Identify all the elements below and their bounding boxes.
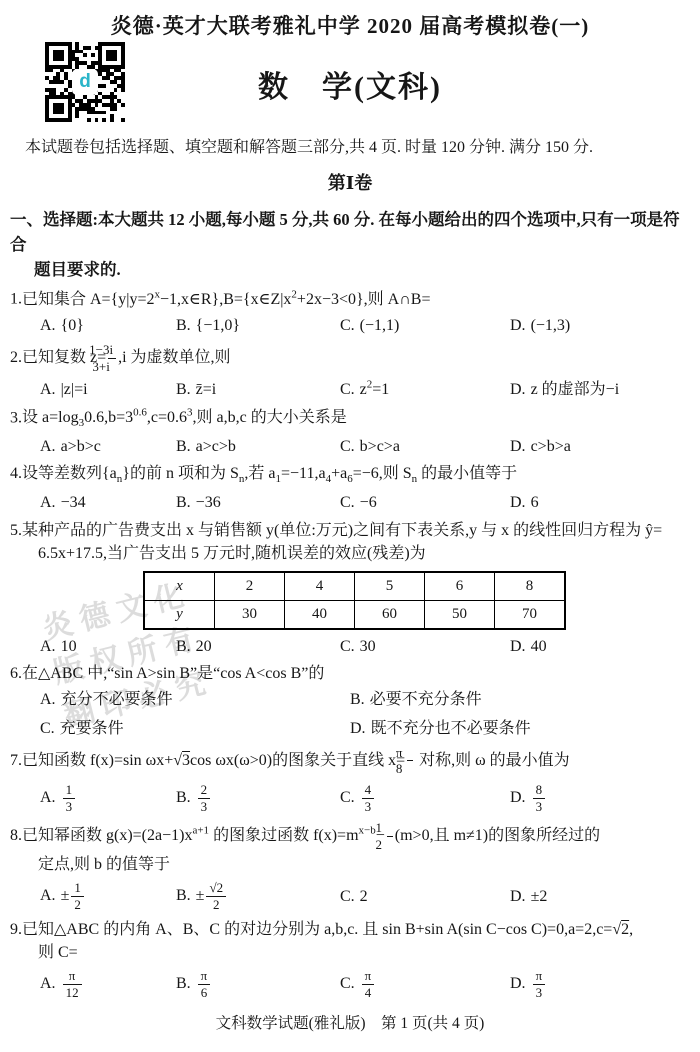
- option-label: B.: [176, 789, 191, 806]
- option: A.π12: [40, 967, 176, 1001]
- options-row: A.13B.23C.43D.83: [10, 781, 690, 815]
- option: A.−34: [40, 491, 176, 514]
- option-label: A.: [40, 975, 56, 992]
- option: B.a>c>b: [176, 435, 340, 458]
- question-stem: 5.某种产品的广告费支出 x 与销售额 y(单位:万元)之间有下表关系,y 与 …: [10, 519, 690, 542]
- option-label: A.: [40, 691, 56, 708]
- option-label: C.: [340, 317, 355, 334]
- question-stem-text: 某种产品的广告费支出 x 与销售额 y(单位:万元)之间有下表关系,y 与 x …: [22, 522, 662, 539]
- option-value: 必要不充分条件: [370, 691, 482, 708]
- option-value: 2: [360, 888, 368, 905]
- option: A.a>b>c: [40, 435, 176, 458]
- option-label: C.: [340, 494, 355, 511]
- question: 2.已知复数 z=1−3i3+i,i 为虚数单位,则 A.|z|=iB.z̄=i…: [10, 341, 690, 402]
- option: B.z̄=i: [176, 378, 340, 401]
- option-label: D.: [510, 438, 526, 455]
- table-cell: 70: [495, 600, 566, 629]
- exam-intro: 本试题卷包括选择题、填空题和解答题三部分,共 4 页. 时量 120 分钟. 满…: [25, 134, 690, 157]
- sqrt-expression: √2: [612, 921, 629, 938]
- fraction: π4: [362, 968, 375, 1000]
- question-stem-text: 6.5x+17.5,当广告支出 5 万元时,随机误差的效应(残差)为: [38, 545, 426, 562]
- table-cell: 4: [285, 572, 355, 601]
- question-stem: 3.设 a=log30.6,b=30.6,c=0.63,则 a,b,c 的大小关…: [10, 406, 690, 432]
- title-area: d 数 学(文科): [10, 40, 690, 132]
- question-stem-text: 定点,则 b 的值等于: [38, 856, 170, 873]
- question: 6.在△ABC 中,“sin A>sin B”是“cos A<cos B”的 A…: [10, 662, 690, 740]
- option-label: B.: [176, 975, 191, 992]
- option-value: z2=1: [360, 381, 390, 398]
- question-stem: 7.已知函数 f(x)=sin ωx+√3cos ωx(ω>0)的图象关于直线 …: [10, 744, 690, 778]
- option-label: D.: [510, 494, 526, 511]
- fraction: 1−3i3+i: [108, 342, 116, 374]
- question: 8.已知幂函数 g(x)=(2a−1)xa+1 的图象过函数 f(x)=mx−b…: [10, 819, 690, 914]
- question-number: 5.: [10, 522, 22, 539]
- option-label: C.: [40, 720, 55, 737]
- fraction: π8: [407, 745, 413, 777]
- option-label: B.: [176, 494, 191, 511]
- option: C.充要条件: [40, 717, 350, 740]
- option-label: A.: [40, 789, 56, 806]
- option: D.83: [510, 781, 690, 815]
- question-stem-text: 已知△ABC 的内角 A、B、C 的对边分别为 a,b,c. 且 sin B+s…: [22, 921, 633, 938]
- question-stem-line2: 定点,则 b 的值等于: [10, 853, 690, 876]
- options-row: A.|z|=iB.z̄=iC.z2=1D.z 的虚部为−i: [10, 378, 690, 402]
- question: 1.已知集合 A={y|y=2x−1,x∈R},B={x∈Z|x2+2x−3<0…: [10, 287, 690, 337]
- option-label: C.: [340, 888, 355, 905]
- option-label: A.: [40, 887, 56, 904]
- question-number: 9.: [10, 921, 22, 938]
- data-table: x24568y3040605070: [143, 571, 566, 630]
- sqrt-expression: √3: [173, 752, 190, 769]
- option-label: A.: [40, 381, 56, 398]
- option: A.{0}: [40, 314, 176, 337]
- option-label: D.: [510, 638, 526, 655]
- options-row: A.−34B.−36C.−6D.6: [10, 491, 690, 514]
- option: B.±√22: [176, 879, 340, 913]
- question: 3.设 a=log30.6,b=30.6,c=0.63,则 a,b,c 的大小关…: [10, 406, 690, 459]
- option-value: 83: [531, 789, 548, 806]
- option-value: π3: [531, 975, 548, 992]
- option-label: C.: [340, 789, 355, 806]
- section-heading-line: 题目要求的.: [10, 258, 690, 283]
- option-label: A.: [40, 494, 56, 511]
- option-label: D.: [510, 975, 526, 992]
- option: A.充分不必要条件: [40, 688, 350, 711]
- table-cell: 50: [425, 600, 495, 629]
- question-number: 7.: [10, 752, 22, 769]
- option: C.π4: [340, 967, 510, 1001]
- option-label: B.: [176, 887, 191, 904]
- option-value: (−1,3): [531, 317, 571, 334]
- option-label: D.: [510, 317, 526, 334]
- question-stem-text: 已知函数 f(x)=sin ωx+√3cos ωx(ω>0)的图象关于直线 x=…: [22, 752, 570, 769]
- options-row: A.充分不必要条件B.必要不充分条件C.充要条件D.既不充分也不必要条件: [10, 688, 690, 739]
- option: D.(−1,3): [510, 314, 690, 337]
- option-value: 10: [61, 638, 77, 655]
- option: A.|z|=i: [40, 378, 176, 401]
- question-stem: 2.已知复数 z=1−3i3+i,i 为虚数单位,则: [10, 341, 690, 375]
- option-label: B.: [176, 381, 191, 398]
- option-value: π4: [360, 975, 377, 992]
- option: B.20: [176, 635, 340, 658]
- option: D.z 的虚部为−i: [510, 378, 690, 401]
- fraction: 83: [533, 782, 546, 814]
- table-cell: 2: [215, 572, 285, 601]
- question: 4.设等差数列{an}的前 n 项和为 Sn,若 a1=−11,a4+a6=−6…: [10, 462, 690, 514]
- question-number: 4.: [10, 465, 22, 482]
- options-row: A.±12B.±√22C.2D.±2: [10, 879, 690, 913]
- question-stem: 1.已知集合 A={y|y=2x−1,x∈R},B={x∈Z|x2+2x−3<0…: [10, 287, 690, 311]
- option-label: C.: [340, 381, 355, 398]
- option-value: −6: [360, 494, 377, 511]
- page-content: 炎德·英才大联考雅礼中学 2020 届高考模拟卷(一) d 数 学(文科) 本试…: [0, 0, 700, 1033]
- option-value: 40: [531, 638, 547, 655]
- question-number: 2.: [10, 349, 22, 366]
- option-value: (−1,1): [360, 317, 400, 334]
- table-cell: 40: [285, 600, 355, 629]
- subject-title: 数 学(文科): [10, 62, 690, 106]
- option-value: −34: [61, 494, 86, 511]
- question-stem: 4.设等差数列{an}的前 n 项和为 Sn,若 a1=−11,a4+a6=−6…: [10, 462, 690, 488]
- question-stem-line2: 6.5x+17.5,当广告支出 5 万元时,随机误差的效应(残差)为: [10, 542, 690, 565]
- fraction: π12: [63, 968, 82, 1000]
- fraction: 12: [71, 880, 84, 912]
- option-value: 13: [61, 789, 78, 806]
- question: 5.某种产品的广告费支出 x 与销售额 y(单位:万元)之间有下表关系,y 与 …: [10, 519, 690, 659]
- fraction: 43: [362, 782, 375, 814]
- fraction: 13: [63, 782, 76, 814]
- option-label: C.: [340, 638, 355, 655]
- option-value: 6: [531, 494, 539, 511]
- question-list: 1.已知集合 A={y|y=2x−1,x∈R},B={x∈Z|x2+2x−3<0…: [10, 287, 690, 1001]
- option: C.30: [340, 635, 510, 658]
- question-number: 8.: [10, 827, 22, 844]
- option-value: 30: [360, 638, 376, 655]
- option-value: {−1,0}: [196, 317, 240, 334]
- option-value: ±12: [61, 887, 86, 904]
- option: B.−36: [176, 491, 340, 514]
- option: B.23: [176, 781, 340, 815]
- section-heading-line: 一、选择题:本大题共 12 小题,每小题 5 分,共 60 分. 在每小题给出的…: [10, 208, 690, 258]
- table-cell: 8: [495, 572, 566, 601]
- table-cell: y: [144, 600, 215, 629]
- option: C.(−1,1): [340, 314, 510, 337]
- option-label: C.: [340, 438, 355, 455]
- question-stem-text: 在△ABC 中,“sin A>sin B”是“cos A<cos B”的: [22, 665, 324, 682]
- option-value: 20: [196, 638, 212, 655]
- options-row: A.{0}B.{−1,0}C.(−1,1)D.(−1,3): [10, 314, 690, 337]
- exam-page: 炎德文化 版权所有 翻印必究 炎德·英才大联考雅礼中学 2020 届高考模拟卷(…: [0, 0, 700, 1052]
- question-stem-text: 已知幂函数 g(x)=(2a−1)xa+1 的图象过函数 f(x)=mx−b−1…: [22, 827, 600, 844]
- section-heading: 一、选择题:本大题共 12 小题,每小题 5 分,共 60 分. 在每小题给出的…: [10, 208, 690, 282]
- option: A.±12: [40, 879, 176, 913]
- option: C.−6: [340, 491, 510, 514]
- option-value: z 的虚部为−i: [531, 381, 620, 398]
- question: 7.已知函数 f(x)=sin ωx+√3cos ωx(ω>0)的图象关于直线 …: [10, 744, 690, 815]
- question-number: 6.: [10, 665, 22, 682]
- option-label: A.: [40, 438, 56, 455]
- page-footer: 文科数学试题(雅礼版) 第 1 页(共 4 页): [10, 1011, 690, 1033]
- option-label: B.: [176, 638, 191, 655]
- question-stem-text: 已知集合 A={y|y=2x−1,x∈R},B={x∈Z|x2+2x−3<0},…: [22, 291, 430, 308]
- option: C.43: [340, 781, 510, 815]
- option: A.13: [40, 781, 176, 815]
- option-value: 43: [360, 789, 377, 806]
- table-cell: 30: [215, 600, 285, 629]
- option: B.{−1,0}: [176, 314, 340, 337]
- option: C.2: [340, 885, 510, 908]
- option: D.40: [510, 635, 690, 658]
- question: 9.已知△ABC 的内角 A、B、C 的对边分别为 a,b,c. 且 sin B…: [10, 918, 690, 1002]
- table-row: y3040605070: [144, 600, 565, 629]
- fraction: π6: [198, 968, 211, 1000]
- option-label: C.: [340, 975, 355, 992]
- option-value: |z|=i: [61, 381, 88, 398]
- option-value: π6: [196, 975, 213, 992]
- part-title: 第Ⅰ卷: [10, 169, 690, 195]
- option-value: 既不充分也不必要条件: [371, 720, 531, 737]
- option: D.6: [510, 491, 690, 514]
- question-stem-text: 已知复数 z=1−3i3+i,i 为虚数单位,则: [22, 349, 231, 366]
- option-label: A.: [40, 317, 56, 334]
- question-stem-text: 设等差数列{an}的前 n 项和为 Sn,若 a1=−11,a4+a6=−6,则…: [22, 465, 517, 482]
- option: D.既不充分也不必要条件: [350, 717, 690, 740]
- question-stem-text: 则 C=: [38, 944, 78, 961]
- fraction: 12: [387, 820, 393, 852]
- question-stem: 6.在△ABC 中,“sin A>sin B”是“cos A<cos B”的: [10, 662, 690, 685]
- question-number: 3.: [10, 409, 22, 426]
- option-value: c>b>a: [531, 438, 571, 455]
- option: D.c>b>a: [510, 435, 690, 458]
- exam-header-title: 炎德·英才大联考雅礼中学 2020 届高考模拟卷(一): [10, 10, 690, 40]
- option: D.π3: [510, 967, 690, 1001]
- option: A.10: [40, 635, 176, 658]
- options-row: A.a>b>cB.a>c>bC.b>c>aD.c>b>a: [10, 435, 690, 458]
- option: C.b>c>a: [340, 435, 510, 458]
- question-stem-text: 设 a=log30.6,b=30.6,c=0.63,则 a,b,c 的大小关系是: [22, 409, 347, 426]
- option-label: D.: [350, 720, 366, 737]
- option-value: a>c>b: [196, 438, 236, 455]
- option-value: 23: [196, 789, 213, 806]
- option: C.z2=1: [340, 378, 510, 402]
- option: B.π6: [176, 967, 340, 1001]
- option-value: ±√22: [196, 887, 228, 904]
- option-value: 充要条件: [60, 720, 124, 737]
- option-value: z̄=i: [196, 381, 217, 398]
- table-cell: 60: [355, 600, 425, 629]
- option-value: 充分不必要条件: [61, 691, 173, 708]
- question-stem-line2: 则 C=: [10, 941, 690, 964]
- option-label: D.: [510, 789, 526, 806]
- fraction: π3: [533, 968, 546, 1000]
- options-row: A.π12B.π6C.π4D.π3: [10, 967, 690, 1001]
- fraction: 23: [198, 782, 211, 814]
- table-cell: 6: [425, 572, 495, 601]
- options-row: A.10B.20C.30D.40: [10, 635, 690, 658]
- option: B.必要不充分条件: [350, 688, 690, 711]
- option-label: D.: [510, 381, 526, 398]
- option-value: ±2: [531, 888, 548, 905]
- fraction: √22: [206, 880, 226, 912]
- option-value: π12: [61, 975, 84, 992]
- option-label: B.: [176, 317, 191, 334]
- option-label: B.: [176, 438, 191, 455]
- option-value: −36: [196, 494, 221, 511]
- option-value: a>b>c: [61, 438, 101, 455]
- table-row: x24568: [144, 572, 565, 601]
- option-value: {0}: [61, 317, 84, 334]
- table-cell: 5: [355, 572, 425, 601]
- option-label: D.: [510, 888, 526, 905]
- option-value: b>c>a: [360, 438, 400, 455]
- table-cell: x: [144, 572, 215, 601]
- question-stem: 9.已知△ABC 的内角 A、B、C 的对边分别为 a,b,c. 且 sin B…: [10, 918, 690, 941]
- question-number: 1.: [10, 291, 22, 308]
- option: D.±2: [510, 885, 690, 908]
- option-label: A.: [40, 638, 56, 655]
- option-label: B.: [350, 691, 365, 708]
- question-stem: 8.已知幂函数 g(x)=(2a−1)xa+1 的图象过函数 f(x)=mx−b…: [10, 819, 690, 853]
